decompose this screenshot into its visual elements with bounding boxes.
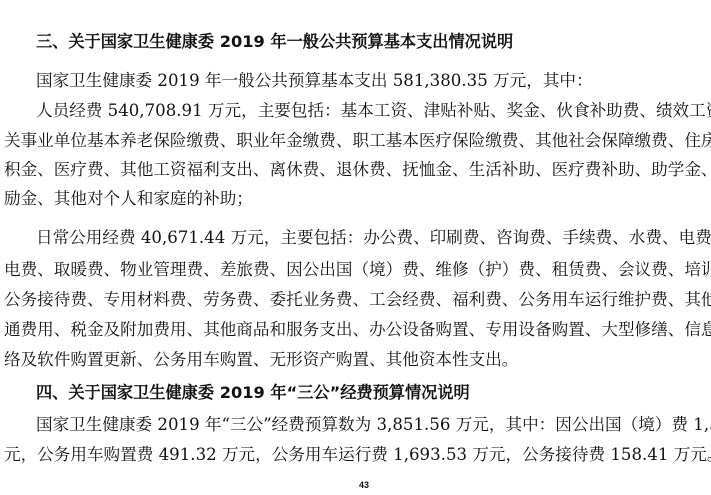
section-3-intro: 国家卫生健康委 2019 年一般公共预算基本支出 581,380.35 万元，其… <box>36 71 593 91</box>
paragraph-line: 络及软件购置更新、公务用车购置、无形资产购置、其他资本性支出。 <box>4 350 518 370</box>
paragraph-line: 公务接待费、专用材料费、劳务费、委托业务费、工会经费、福利费、公务用车运行维护费… <box>4 290 703 310</box>
paragraph-line: 人员经费 540,708.91 万元，主要包括：基本工资、津贴补贴、奖金、伙食补… <box>36 101 703 121</box>
page-number: 43 <box>359 480 369 490</box>
paragraph-line: 国家卫生健康委 2019 年“三公”经费预算数为 3,851.56 万元，其中：… <box>36 415 703 435</box>
section-3-heading: 三、关于国家卫生健康委 2019 年一般公共预算基本支出情况说明 <box>36 32 513 52</box>
paragraph-line: 积金、医疗费、其他工资福利支出、离休费、退休费、抚恤金、生活补助、医疗费补助、助… <box>4 160 703 180</box>
paragraph-line: 励金、其他对个人和家庭的补助； <box>4 189 253 209</box>
paragraph-line: 电费、取暖费、物业管理费、差旅费、因公出国（境）费、维修（护）费、租赁费、会议费… <box>4 260 703 280</box>
paragraph-line: 关事业单位基本养老保险缴费、职业年金缴费、职工基本医疗保险缴费、其他社会保障缴费… <box>4 131 703 151</box>
paragraph-line: 日常公用经费 40,671.44 万元，主要包括：办公费、印刷费、咨询费、手续费… <box>36 228 703 248</box>
paragraph-line: 元，公务用车购置费 491.32 万元，公务用车运行费 1,693.53 万元，… <box>4 445 711 465</box>
section-4-heading: 四、关于国家卫生健康委 2019 年“三公”经费预算情况说明 <box>36 383 470 403</box>
paragraph-line: 通费用、税金及附加费用、其他商品和服务支出、办公设备购置、专用设备购置、大型修缮… <box>4 320 703 340</box>
